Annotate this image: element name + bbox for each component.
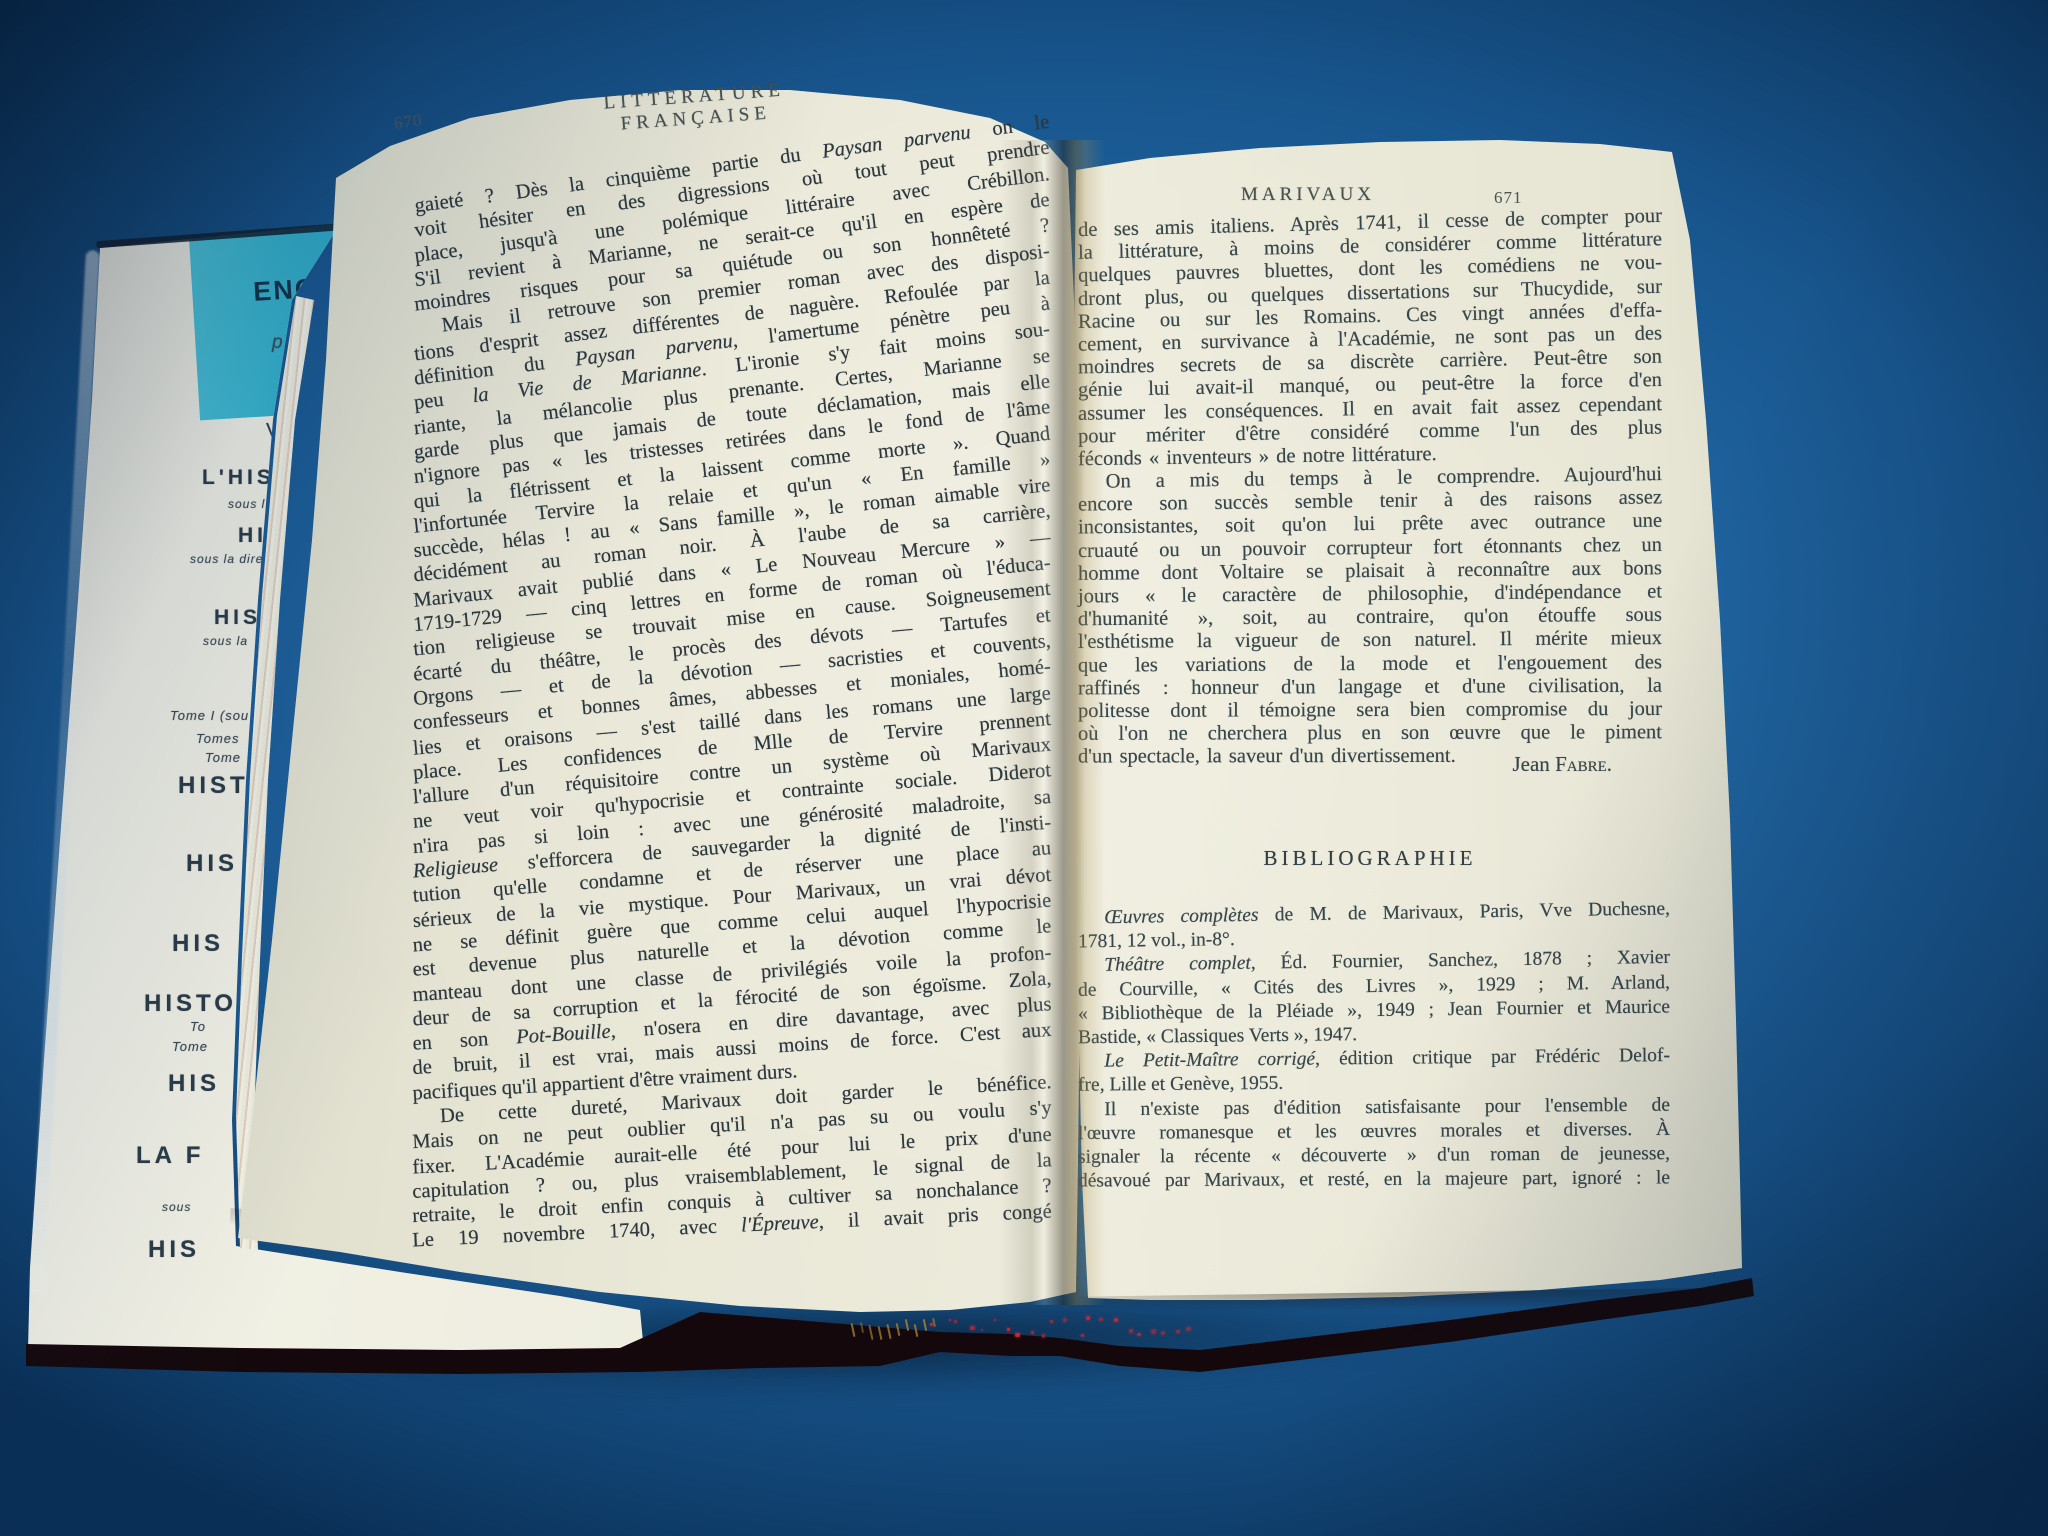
text-line: politesse dont il témoigne sera bien com… [1078,698,1662,723]
jacket-text-fragment: sous la [203,634,248,648]
jacket-band-title: ENCY [186,272,338,312]
left-page-text: gaieté ? Dès la cinquième partie du Pays… [412,152,1052,1240]
jacket-text-fragment: Tome [172,1039,208,1054]
text-line: que les variations de la mode et l'engou… [1078,651,1662,678]
jacket-text-fragment: HIS [186,850,238,878]
jacket-text-fragment: sous la dire [190,552,263,566]
jacket-text-fragment: HI [238,524,267,548]
book-photograph: ENCY pVL'HISTsous lHIsous la direHISsous… [0,0,2048,1536]
text-line: désavoué par Marivaux, et resté, en la m… [1078,1167,1670,1194]
jacket-text-fragment: HIS [172,930,224,958]
bibliography-heading: BIBLIOGRAPHIE [1078,846,1662,871]
text-line: l'œuvre romanesque et les œuvres morales… [1078,1118,1670,1146]
author-signature: Jean Fabre. [1078,752,1612,777]
jacket-text-fragment: HISTO [144,990,237,1018]
text-line: raffinés : honneur d'un langage et d'une… [1078,674,1662,700]
right-running-head: MARIVAUX [1228,184,1388,206]
text-line: signaler la récente « découverte » d'un … [1078,1142,1670,1170]
right-page-text: de ses amis italiens. Après 1741, il ces… [1078,212,1662,769]
jacket-text-fragment: Tomes [196,731,240,746]
jacket-text-fragment: Tome I (sou [170,708,249,723]
jacket-text-fragment: HIS [168,1070,220,1098]
jacket-text-fragment: To [190,1019,206,1034]
text-line: où l'on ne cherchera plus en son œuvre q… [1078,721,1662,746]
jacket-text-fragment: sous [162,1200,191,1214]
jacket-text-fragment: HIS [214,606,261,630]
jacket-text-fragment: HIS [148,1236,200,1264]
jacket-text-fragment: sous l [228,497,265,511]
bibliography-text: Œuvres complètes de M. de Marivaux, Pari… [1078,902,1670,1192]
right-page-number: 671 [1494,188,1523,208]
jacket-text-fragment: Tome [205,750,241,765]
jacket-text-fragment: LA F [136,1142,204,1170]
signature-prefix: Jean [1512,752,1555,776]
signature-name: Fabre. [1555,752,1612,776]
jacket-text-fragment: HIST [178,772,249,800]
text-line: l'esthétisme la vigueur de son naturel. … [1078,627,1662,654]
jacket-text-fragment: p [272,332,284,354]
left-page-number: 670 [393,110,424,134]
